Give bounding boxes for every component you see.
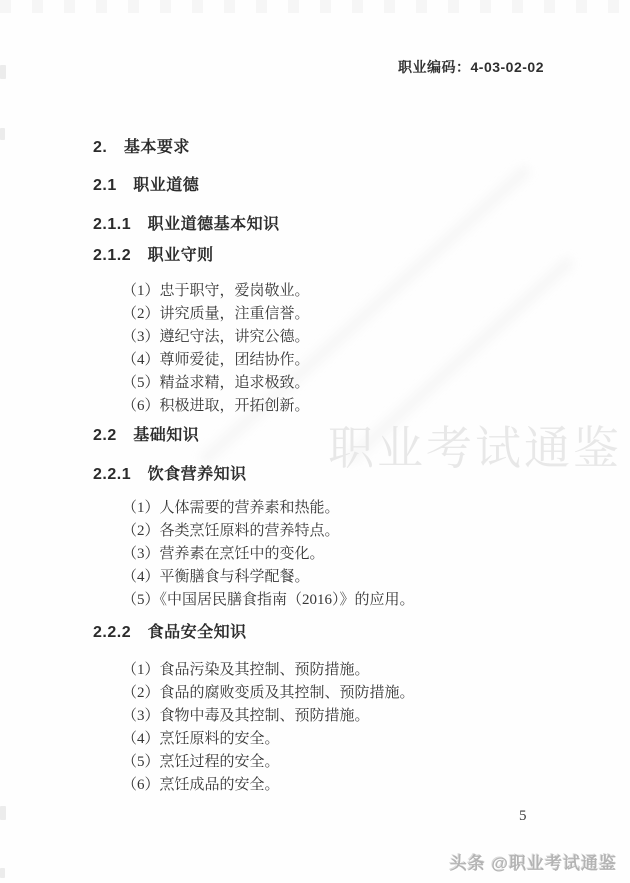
occupation-code: 职业编码：4-03-02-02 (398, 57, 544, 77)
page-number: 5 (519, 808, 527, 825)
heading-basic-knowledge: 2.2 基础知识 (93, 427, 199, 444)
scan-top-dashes (0, 0, 630, 13)
list-item: （1）食品污染及其控制、预防措施。 (122, 659, 415, 682)
list-item: （5）《中国居民膳食指南（2016）》的应用。 (122, 589, 415, 612)
heading-professional-ethics: 2.1 职业道德 (93, 177, 199, 194)
heading-professional-code: 2.1.2 职业守则 (93, 247, 214, 264)
list-item: （6）积极进取，开拓创新。 (122, 395, 310, 418)
diet-nutrition-list: （1）人体需要的营养素和热能。 （2）各类烹饪原料的营养特点。 （3）营养素在烹… (122, 497, 415, 612)
center-watermark: 职业考试通鉴 (328, 412, 622, 478)
food-safety-list: （1）食品污染及其控制、预防措施。 （2）食品的腐败变质及其控制、预防措施。 （… (122, 659, 415, 797)
scan-edge-artifact (0, 806, 6, 820)
heading-food-safety-knowledge: 2.2.2 食品安全知识 (93, 624, 247, 641)
list-item: （2）各类烹饪原料的营养特点。 (122, 520, 415, 543)
list-item: （4）烹饪原料的安全。 (122, 728, 415, 751)
list-item: （2）讲究质量，注重信誉。 (122, 303, 310, 326)
heading-basic-requirements: 2. 基本要求 (93, 139, 190, 156)
list-item: （5）烹饪过程的安全。 (122, 751, 415, 774)
scan-edge-artifact (0, 868, 5, 878)
scan-edge-artifact (0, 128, 5, 140)
document-page: 职业考试通鉴 职业编码：4-03-02-02 2. 基本要求 2.1 职业道德 … (0, 0, 630, 883)
scan-edge-artifact (0, 65, 6, 79)
list-item: （2）食品的腐败变质及其控制、预防措施。 (122, 682, 415, 705)
list-item: （3）食物中毒及其控制、预防措施。 (122, 705, 415, 728)
heading-diet-nutrition-knowledge: 2.2.1 饮食营养知识 (93, 466, 247, 483)
heading-ethics-basic-knowledge: 2.1.1 职业道德基本知识 (93, 216, 280, 233)
list-item: （3）营养素在烹饪中的变化。 (122, 543, 415, 566)
list-item: （5）精益求精，追求极致。 (122, 372, 310, 395)
list-item: （4）平衡膳食与科学配餐。 (122, 566, 415, 589)
list-item: （4）尊师爱徒，团结协作。 (122, 349, 310, 372)
list-item: （1）忠于职守，爱岗敬业。 (122, 280, 310, 303)
scan-diagonal-streak (345, 255, 576, 465)
list-item: （1）人体需要的营养素和热能。 (122, 497, 415, 520)
list-item: （3）遵纪守法，讲究公德。 (122, 326, 310, 349)
credit-watermark: 头条 @职业考试通鉴 (450, 849, 617, 874)
professional-code-list: （1）忠于职守，爱岗敬业。 （2）讲究质量，注重信誉。 （3）遵纪守法，讲究公德… (122, 280, 310, 418)
list-item: （6）烹饪成品的安全。 (122, 774, 415, 797)
